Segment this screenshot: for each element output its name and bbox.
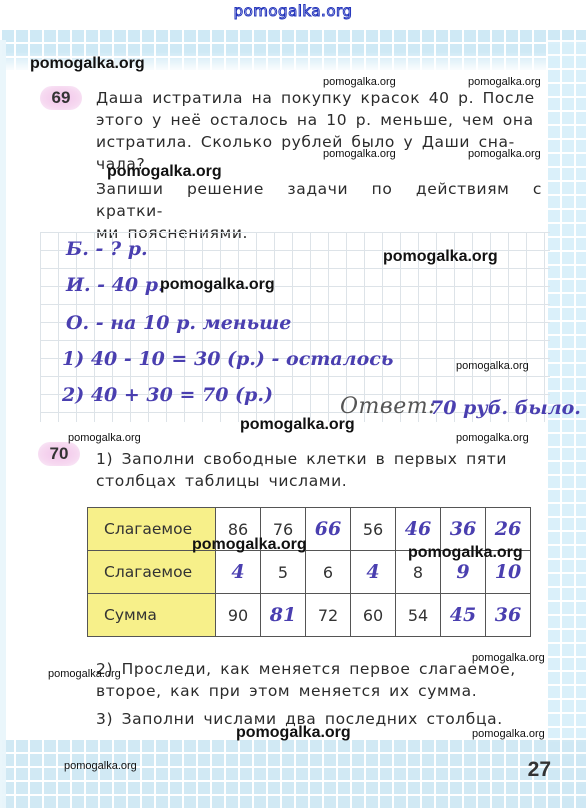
handwritten-value: 66 <box>315 518 341 540</box>
handwritten-value: 10 <box>495 561 521 583</box>
problem-line: Даша истратила на покупку красок 40 р. П… <box>96 87 542 109</box>
table-cell: 45 <box>441 594 486 637</box>
watermark: pomogalka.org <box>192 536 307 554</box>
table-cell: 60 <box>351 594 396 637</box>
instruction-line: Запиши решение задачи по действиям с кра… <box>96 178 542 222</box>
part-2-line: 2) Проследи, как меняется первое слагаем… <box>96 658 536 680</box>
watermark: pomogalka.org <box>408 544 523 562</box>
handwritten-value: 4 <box>366 561 379 583</box>
watermark: pomogalka.org <box>323 76 396 88</box>
task-70-badge: 70 <box>38 442 80 466</box>
handwritten-value: 36 <box>495 604 521 626</box>
watermark: pomogalka.org <box>383 248 498 266</box>
watermark: pomogalka.org <box>468 148 541 160</box>
table-cell: 56 <box>351 508 396 551</box>
table-cell: 90 <box>216 594 261 637</box>
watermark: pomogalka.org <box>323 148 396 160</box>
part-2-line: второе, как при этом меняется их сумма. <box>96 680 536 702</box>
handwritten-value: 46 <box>405 518 431 540</box>
task-70-part-2: 2) Проследи, как меняется первое слагаем… <box>96 658 536 702</box>
handwritten-step-1: 1) 40 - 10 = 30 (р.) - осталось <box>62 348 393 370</box>
part-1-line: 1) Заполни свободные клетки в первых пят… <box>96 448 538 470</box>
table-cell: 66 <box>306 508 351 551</box>
watermark: pomogalka.org <box>48 668 121 680</box>
decorative-edge-left <box>0 40 6 808</box>
handwritten-line-left: О. - на 10 р. меньше <box>66 312 291 334</box>
watermark: pomogalka.org <box>160 276 275 294</box>
task-69-problem: Даша истратила на покупку красок 40 р. П… <box>96 87 542 175</box>
answer-value: 70 руб. было. <box>430 397 581 419</box>
handwritten-value: 4 <box>231 561 244 583</box>
watermark: pomogalka.org <box>107 163 222 181</box>
addends-sum-table: Слагаемое86766656463626Слагаемое45648910… <box>87 507 531 637</box>
decorative-tile-band-right <box>546 40 586 808</box>
handwritten-step-2: 2) 40 + 30 = 70 (р.) <box>62 384 273 406</box>
table-cell: 81 <box>261 594 306 637</box>
handwritten-value: 9 <box>456 561 469 583</box>
handwritten-value: 26 <box>495 518 521 540</box>
problem-line: этого у неё осталось на 10 р. меньше, че… <box>96 109 542 131</box>
table-cell: 36 <box>486 594 531 637</box>
table-row: Сумма90817260544536 <box>88 594 531 637</box>
watermark: pomogalka.org <box>468 76 541 88</box>
watermark: pomogalka.org <box>64 760 137 772</box>
row-label: Слагаемое <box>88 551 216 594</box>
table-cell: 6 <box>306 551 351 594</box>
watermark: pomogalka.org <box>236 724 351 742</box>
handwritten-line-spent: И. - 40 р. <box>66 274 165 296</box>
header-watermark: pomogalka.org <box>0 2 586 20</box>
row-label: Сумма <box>88 594 216 637</box>
table-cell: 5 <box>261 551 306 594</box>
table-cell: 4 <box>351 551 396 594</box>
handwritten-value: 36 <box>450 518 476 540</box>
watermark: pomogalka.org <box>472 652 545 664</box>
table-cell: 72 <box>306 594 351 637</box>
decorative-tile-band-bottom <box>0 738 586 808</box>
handwritten-line-given: Б. - ? р. <box>66 238 148 260</box>
page-number: 27 <box>528 758 551 782</box>
task-70-part-1: 1) Заполни свободные клетки в первых пят… <box>96 448 538 492</box>
watermark: pomogalka.org <box>456 432 529 444</box>
handwritten-value: 81 <box>270 604 296 626</box>
task-69-badge: 69 <box>40 86 82 110</box>
watermark: pomogalka.org <box>240 416 355 434</box>
part-1-line: столбцах таблицы числами. <box>96 470 538 492</box>
watermark: pomogalka.org <box>472 728 545 740</box>
table-cell: 4 <box>216 551 261 594</box>
watermark: pomogalka.org <box>30 55 145 73</box>
watermark: pomogalka.org <box>68 432 141 444</box>
watermark: pomogalka.org <box>456 360 529 372</box>
handwritten-value: 45 <box>450 604 476 626</box>
table-cell: 54 <box>396 594 441 637</box>
